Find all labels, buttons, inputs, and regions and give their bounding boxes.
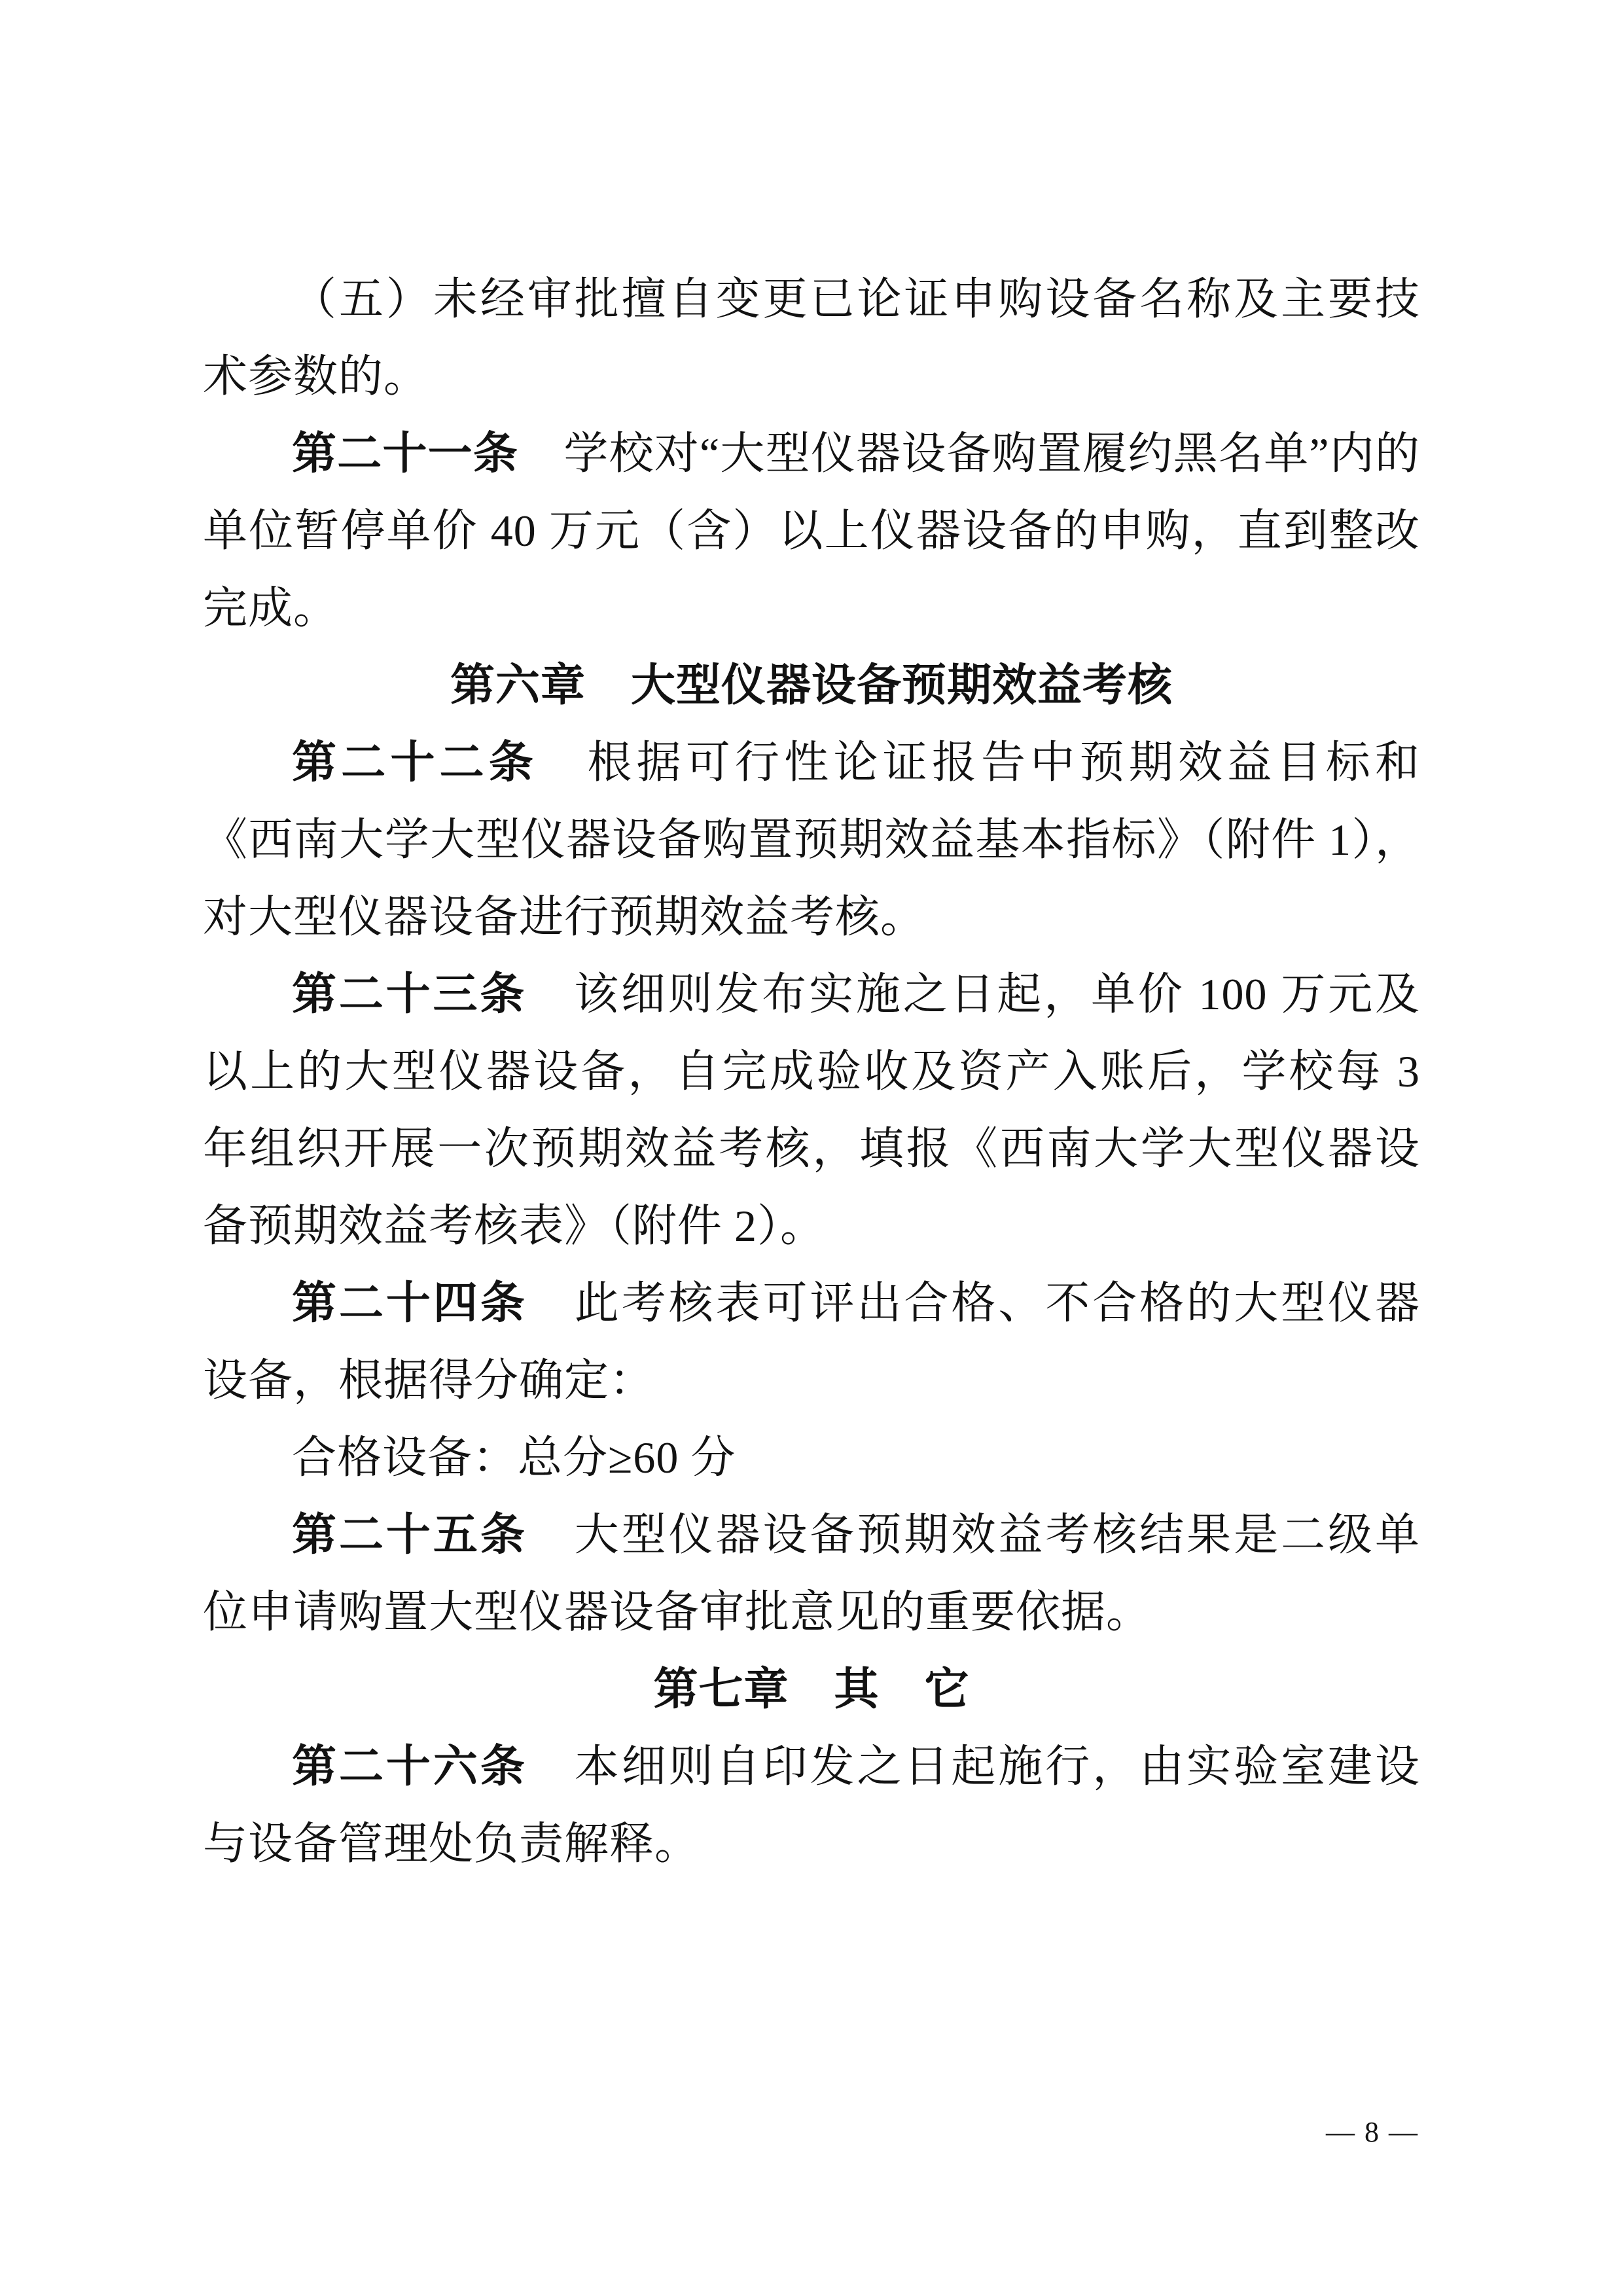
- article-number: 第二十三条: [292, 969, 527, 1019]
- document-page: （五）未经审批擅自变更已论证申购设备名称及主要技术参数的。 第二十一条 学校对“…: [0, 0, 1623, 2296]
- document-body: （五）未经审批擅自变更已论证申购设备名称及主要技术参数的。 第二十一条 学校对“…: [203, 260, 1420, 1882]
- paragraph-text: 合格设备：总分≥60 分: [292, 1433, 736, 1482]
- article-number: 第二十六条: [292, 1742, 527, 1791]
- chapter-heading-7: 第七章 其 它: [203, 1651, 1420, 1728]
- article-number: 第二十四条: [292, 1278, 527, 1328]
- paragraph-article-24: 第二十四条 此考核表可评出合格、不合格的大型仪器设备，根据得分确定：: [203, 1265, 1420, 1419]
- paragraph-article-23: 第二十三条 该细则发布实施之日起，单价 100 万元及以上的大型仪器设备，自完成…: [203, 956, 1420, 1265]
- article-number: 第二十五条: [292, 1510, 527, 1560]
- chapter-title: 第七章 其 它: [653, 1664, 969, 1714]
- article-number: 第二十一条: [292, 429, 518, 478]
- paragraph-article-21: 第二十一条 学校对“大型仪器设备购置履约黑名单”内的单位暂停单价 40 万元（含…: [203, 415, 1420, 647]
- paragraph-qualified-criteria: 合格设备：总分≥60 分: [203, 1419, 1420, 1496]
- paragraph-text: （五）未经审批擅自变更已论证申购设备名称及主要技术参数的。: [203, 274, 1420, 401]
- article-number: 第二十二条: [292, 738, 538, 787]
- chapter-heading-6: 第六章 大型仪器设备预期效益考核: [203, 647, 1420, 724]
- chapter-title: 第六章 大型仪器设备预期效益考核: [450, 660, 1173, 710]
- paragraph-article-26: 第二十六条 本细则自印发之日起施行，由实验室建设与设备管理处负责解释。: [203, 1728, 1420, 1882]
- paragraph-article-25: 第二十五条 大型仪器设备预期效益考核结果是二级单位申请购置大型仪器设备审批意见的…: [203, 1496, 1420, 1651]
- paragraph-article-22: 第二十二条 根据可行性论证报告中预期效益目标和《西南大学大型仪器设备购置预期效益…: [203, 724, 1420, 956]
- page-number: — 8 —: [1326, 2113, 1419, 2152]
- paragraph-item-5: （五）未经审批擅自变更已论证申购设备名称及主要技术参数的。: [203, 260, 1420, 415]
